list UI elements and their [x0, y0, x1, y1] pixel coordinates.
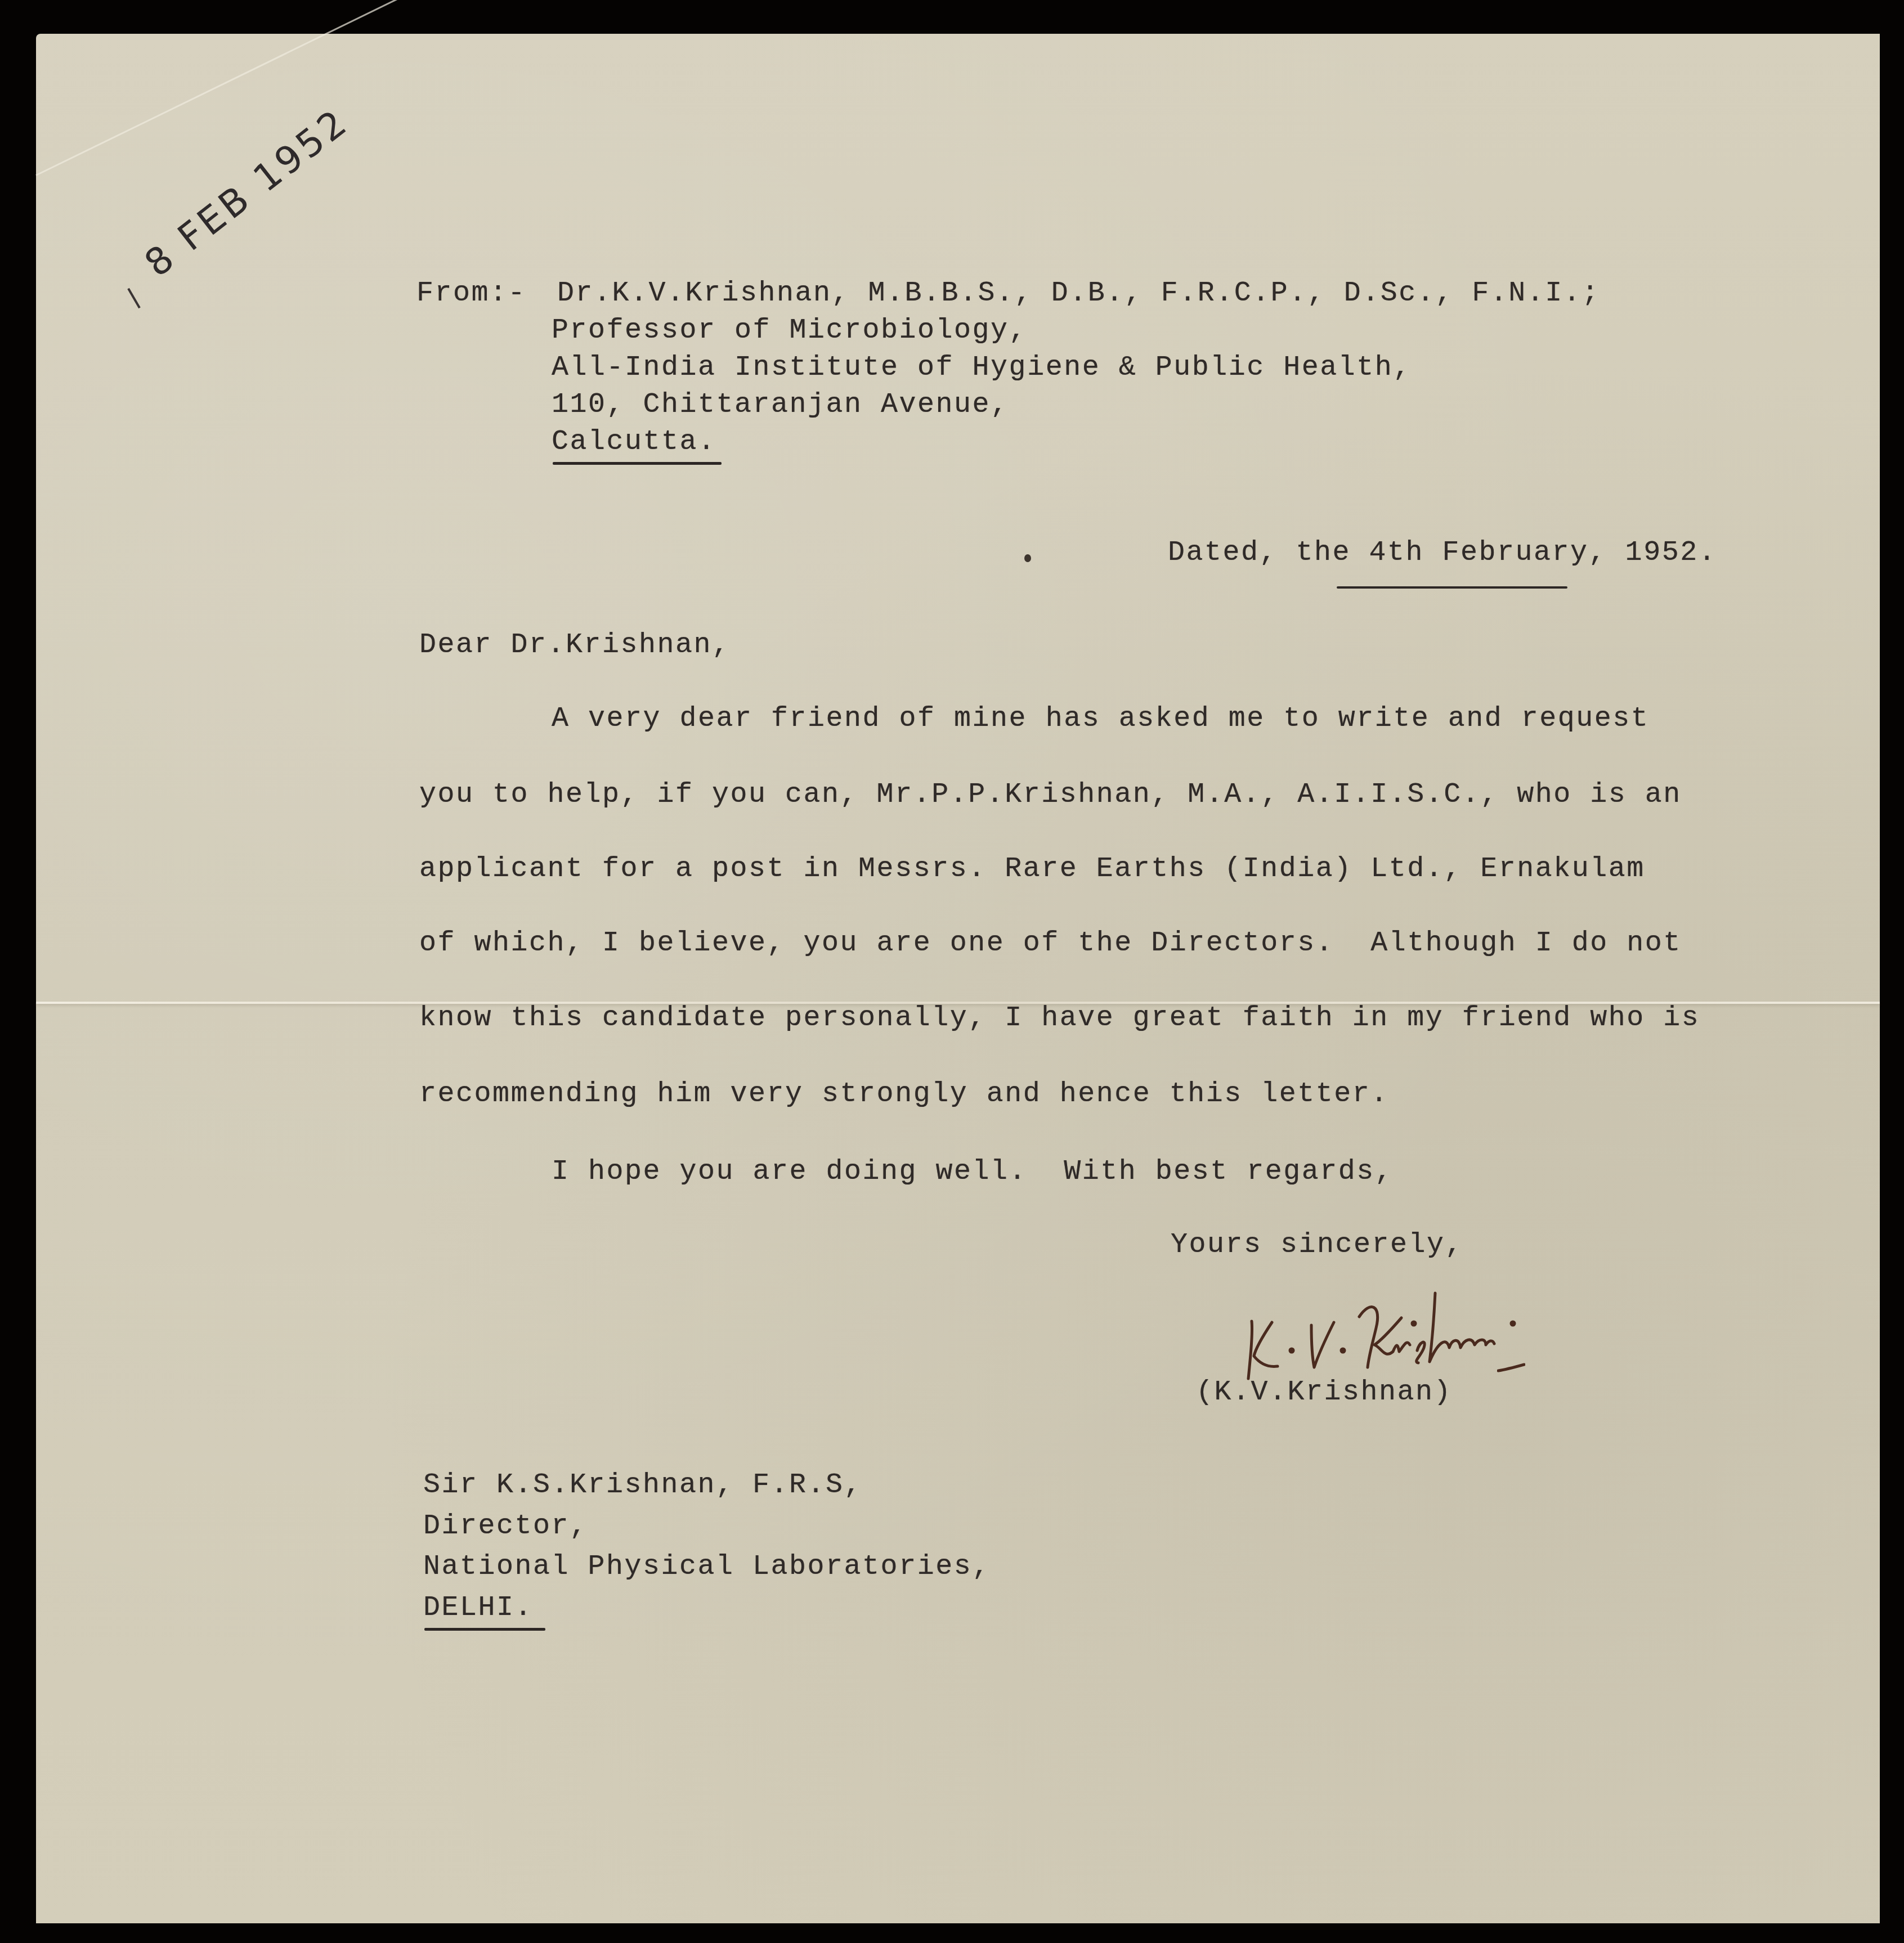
- sender-title: Professor of Microbiology,: [552, 317, 1027, 345]
- body-paragraph-2: I hope you are doing well. With best reg…: [552, 1158, 1393, 1186]
- typed-signatory-name: (K.V.Krishnan): [1196, 1379, 1452, 1407]
- body-line-6: recommending him very strongly and hence…: [419, 1080, 1389, 1109]
- recipient-title: Director,: [423, 1513, 588, 1541]
- date-line: Dated, the 4th February, 1952.: [1168, 539, 1717, 567]
- sender-street: 110, Chittaranjan Avenue,: [552, 391, 1009, 419]
- body-line-3: applicant for a post in Messrs. Rare Ear…: [419, 855, 1645, 883]
- body-line-4: of which, I believe, you are one of the …: [419, 930, 1682, 958]
- salutation: Dear Dr.Krishnan,: [419, 631, 731, 659]
- signature-flourish: [1497, 1363, 1525, 1373]
- sender-city: Calcutta.: [552, 428, 716, 456]
- sender-city-underline: [553, 462, 722, 465]
- recipient-city-underline: [424, 1628, 545, 1631]
- body-line-2: you to help, if you can, Mr.P.P.Krishnan…: [419, 781, 1682, 809]
- sender-institution: All-India Institute of Hygiene & Public …: [552, 354, 1412, 382]
- body-line-1: A very dear friend of mine has asked me …: [552, 705, 1649, 733]
- sender-name: Dr.K.V.Krishnan, M.B.B.S., D.B., F.R.C.P…: [557, 280, 1600, 308]
- recipient-city: DELHI.: [423, 1594, 533, 1622]
- date-underline: [1337, 586, 1567, 589]
- sender-label: From:-: [416, 280, 526, 308]
- ink-dot: [1024, 554, 1031, 562]
- valediction: Yours sincerely,: [1171, 1231, 1463, 1259]
- recipient-institution: National Physical Laboratories,: [423, 1553, 991, 1581]
- body-line-5: know this candidate personally, I have g…: [419, 1004, 1700, 1033]
- diagonal-crease: [35, 0, 420, 176]
- recipient-name: Sir K.S.Krishnan, F.R.S,: [423, 1471, 862, 1500]
